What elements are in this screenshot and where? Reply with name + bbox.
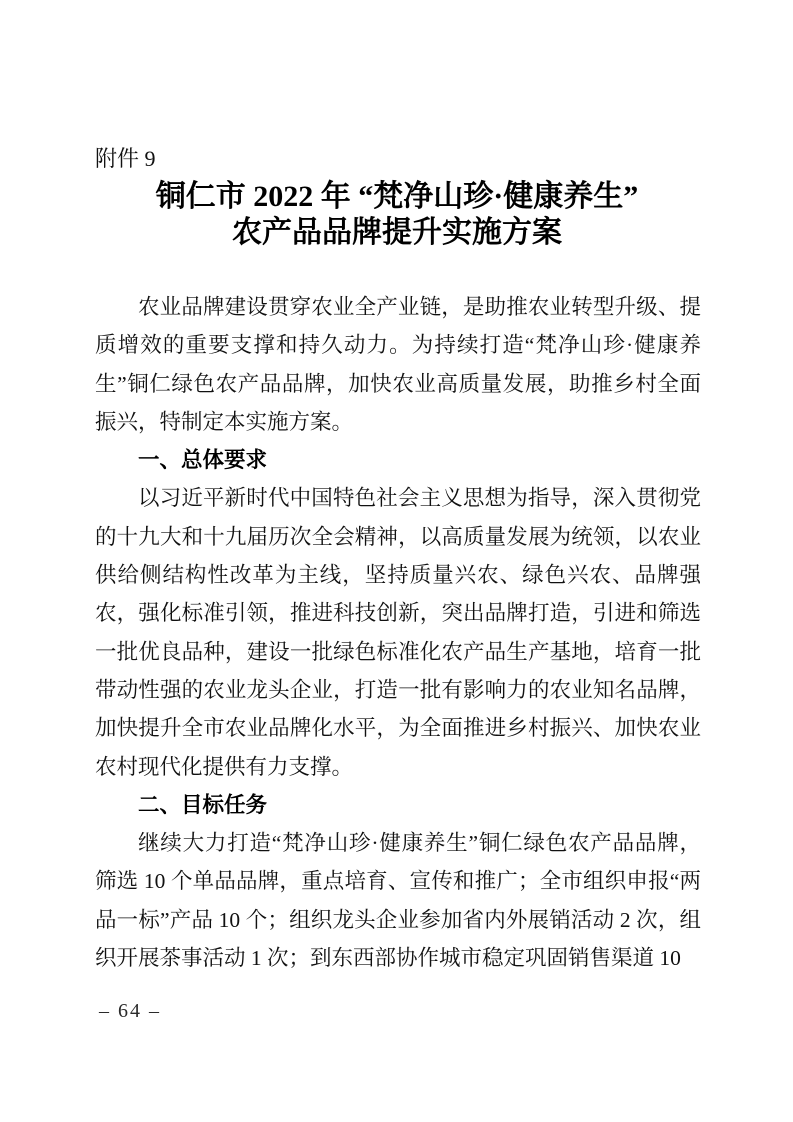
page-number: – 64 – — [99, 999, 161, 1023]
paragraph-overall-requirements: 以习近平新时代中国特色社会主义思想为指导，深入贯彻党的十九大和十九届历次全会精神… — [95, 479, 701, 785]
section-heading-overall-requirements: 一、总体要求 — [95, 441, 701, 479]
paragraph-goal-tasks: 继续大力打造“梵净山珍·健康养生”铜仁绿色农产品品牌，筛选 10 个单品品牌，重… — [95, 824, 701, 977]
document-page: 附件 9 铜仁市 2022 年 “梵净山珍·健康养生” 农产品品牌提升实施方案 … — [0, 0, 793, 1122]
section-heading-goal-tasks: 二、目标任务 — [95, 786, 701, 824]
attachment-label: 附件 9 — [95, 146, 156, 172]
document-title-line-1: 铜仁市 2022 年 “梵净山珍·健康养生” — [94, 179, 700, 215]
document-title: 铜仁市 2022 年 “梵净山珍·健康养生” 农产品品牌提升实施方案 — [94, 179, 700, 251]
document-body: 农业品牌建设贯穿农业全产业链，是助推农业转型升级、提质增效的重要支撑和持久动力。… — [95, 288, 701, 977]
paragraph-intro: 农业品牌建设贯穿农业全产业链，是助推农业转型升级、提质增效的重要支撑和持久动力。… — [95, 288, 701, 441]
document-title-line-2: 农产品品牌提升实施方案 — [94, 215, 700, 251]
